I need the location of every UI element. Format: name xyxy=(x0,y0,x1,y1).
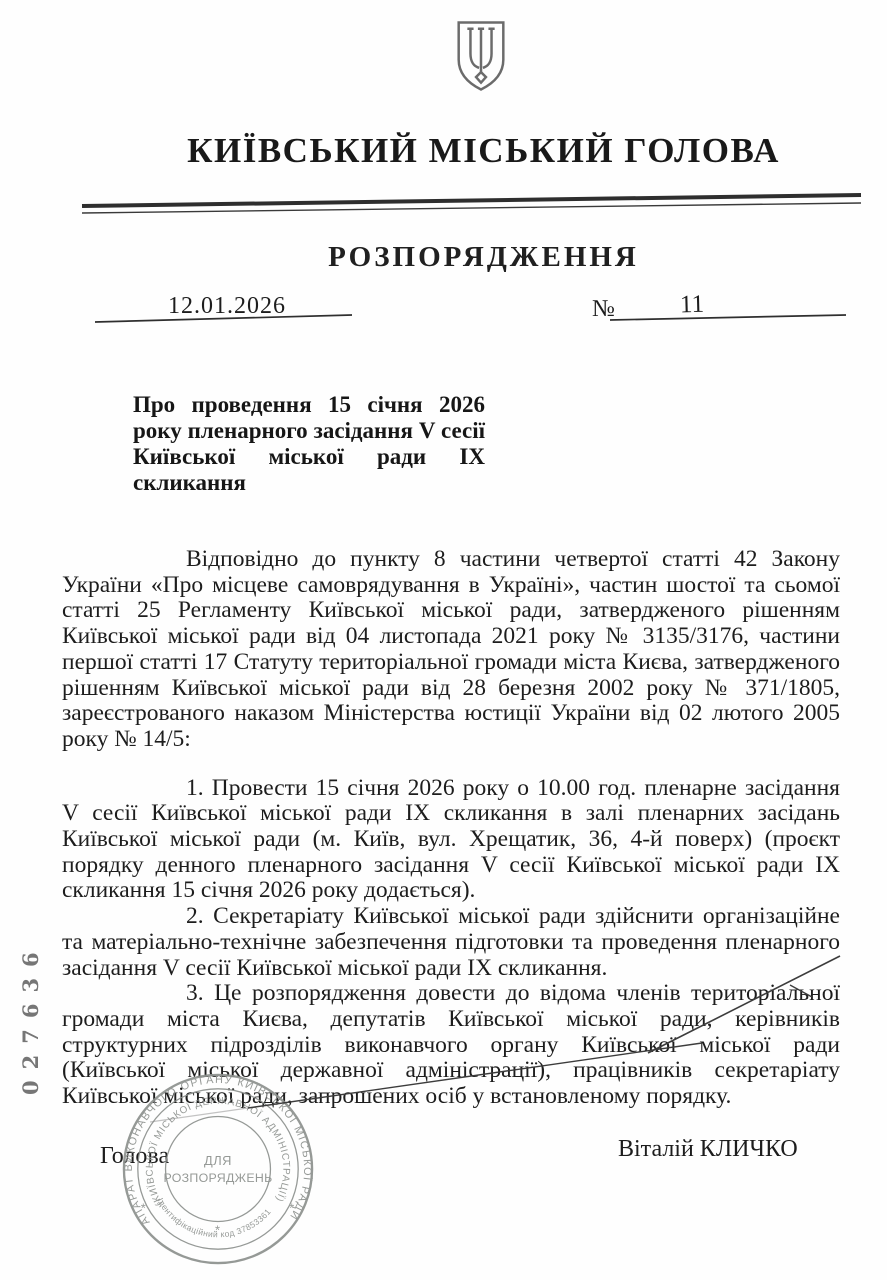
stamp-inner-circle xyxy=(166,1117,271,1222)
body-text: Відповідно до пункту 8 частини четвертої… xyxy=(62,547,840,1110)
stamp-center-line1: ДЛЯ xyxy=(204,1153,232,1168)
document-page: КИЇВСЬКИЙ МІСЬКИЙ ГОЛОВА РОЗПОРЯДЖЕННЯ 1… xyxy=(0,0,887,1280)
ukraine-trident-icon xyxy=(450,18,512,94)
stamp-center-line2: РОЗПОРЯДЖЕНЬ xyxy=(163,1171,272,1185)
document-date: 12.01.2026 xyxy=(168,293,286,320)
preamble-paragraph: Відповідно до пункту 8 частини четвертої… xyxy=(62,547,840,753)
stamp-middle-ring-text: (КИЇВСЬКОЇ МІСЬКОЇ ДЕРЖАВНОЇ АДМІНІСТРАЦ… xyxy=(145,1096,292,1208)
document-number: 11 xyxy=(680,291,705,320)
item-2-paragraph: 2. Секретаріату Київської міської ради з… xyxy=(62,904,840,981)
number-label: № xyxy=(592,296,615,323)
item-1-paragraph: 1. Провести 15 січня 2026 року о 10.00 г… xyxy=(62,776,840,905)
stamp-star-right: * xyxy=(289,1201,294,1216)
subject-paragraph: Про проведення 15 січня 2026 року пленар… xyxy=(133,392,485,496)
document-type-heading: РОЗПОРЯДЖЕННЯ xyxy=(80,241,887,274)
stamp-star-left: * xyxy=(141,1201,146,1216)
number-underline xyxy=(610,315,846,320)
header-rule-thick xyxy=(82,195,861,206)
header-rule-thin xyxy=(82,203,861,213)
stamp-star-bottom: * xyxy=(215,1222,220,1237)
margin-stamp-number: 027636 xyxy=(18,941,43,1095)
round-stamp: АПАРАТ ВИКОНАВЧОГО ОРГАНУ КИЇВСЬКОЇ МІСЬ… xyxy=(119,1070,317,1268)
organization-title: КИЇВСЬКИЙ МІСЬКИЙ ГОЛОВА xyxy=(80,131,887,171)
signer-name: Віталій КЛИЧКО xyxy=(618,1136,798,1163)
